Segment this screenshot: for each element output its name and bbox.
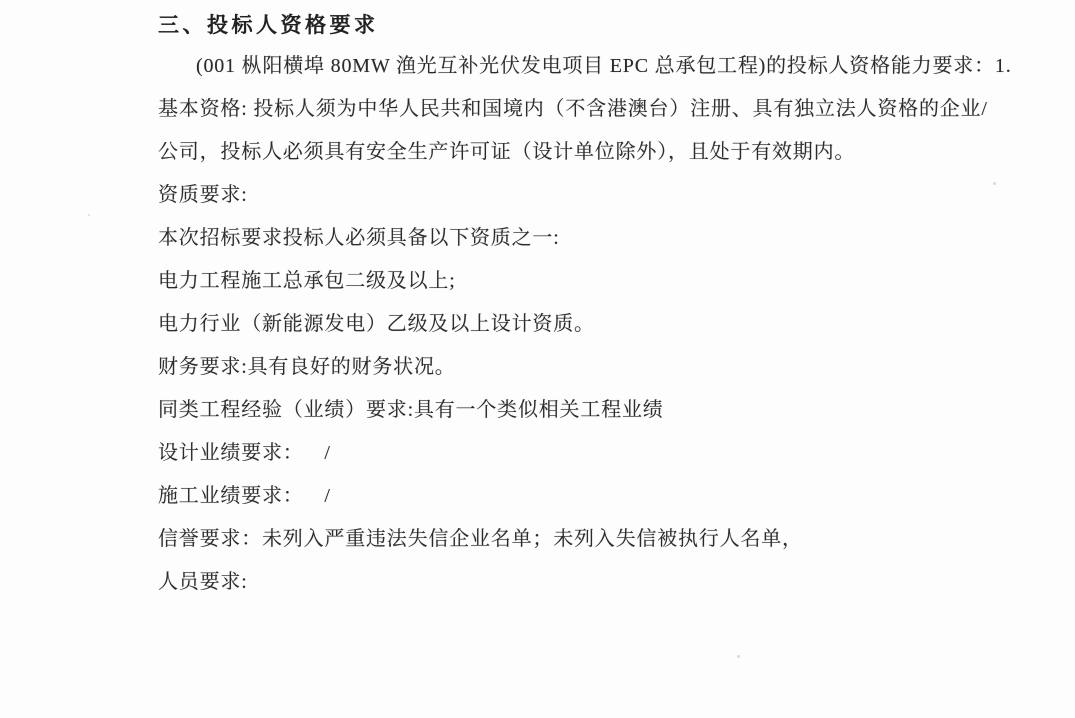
document-content: 三、投标人资格要求 (001 枞阳横埠 80MW 渔光互补光伏发电项目 EPC … [158, 12, 948, 604]
doc-line: 电力工程施工总承包二级及以上; [158, 260, 948, 303]
doc-line: 施工业绩要求： / [158, 475, 948, 518]
doc-line: 本次招标要求投标人必须具备以下资质之一: [158, 217, 948, 260]
scan-speck [993, 182, 996, 185]
section-heading: 三、投标人资格要求 [158, 12, 948, 38]
doc-line: 人员要求: [158, 561, 948, 604]
scan-speck [88, 214, 90, 216]
doc-line: 设计业绩要求： / [158, 432, 948, 475]
document-page: 三、投标人资格要求 (001 枞阳横埠 80MW 渔光互补光伏发电项目 EPC … [0, 0, 1075, 718]
doc-line: 财务要求:具有良好的财务状况。 [158, 346, 948, 389]
document-body: (001 枞阳横埠 80MW 渔光互补光伏发电项目 EPC 总承包工程)的投标人… [158, 45, 948, 604]
doc-line: 电力行业（新能源发电）乙级及以上设计资质。 [158, 303, 948, 346]
doc-line: 同类工程经验（业绩）要求:具有一个类似相关工程业绩 [158, 389, 948, 432]
scan-speck [737, 655, 740, 658]
doc-line: 公司，投标人必须具有安全生产许可证（设计单位除外），且处于有效期内。 [158, 131, 948, 174]
doc-line: (001 枞阳横埠 80MW 渔光互补光伏发电项目 EPC 总承包工程)的投标人… [158, 45, 948, 88]
doc-line: 资质要求: [158, 174, 948, 217]
doc-line: 基本资格: 投标人须为中华人民共和国境内（不含港澳台）注册、具有独立法人资格的企… [158, 88, 948, 131]
doc-line: 信誉要求：未列入严重违法失信企业名单；未列入失信被执行人名单， [158, 518, 948, 561]
